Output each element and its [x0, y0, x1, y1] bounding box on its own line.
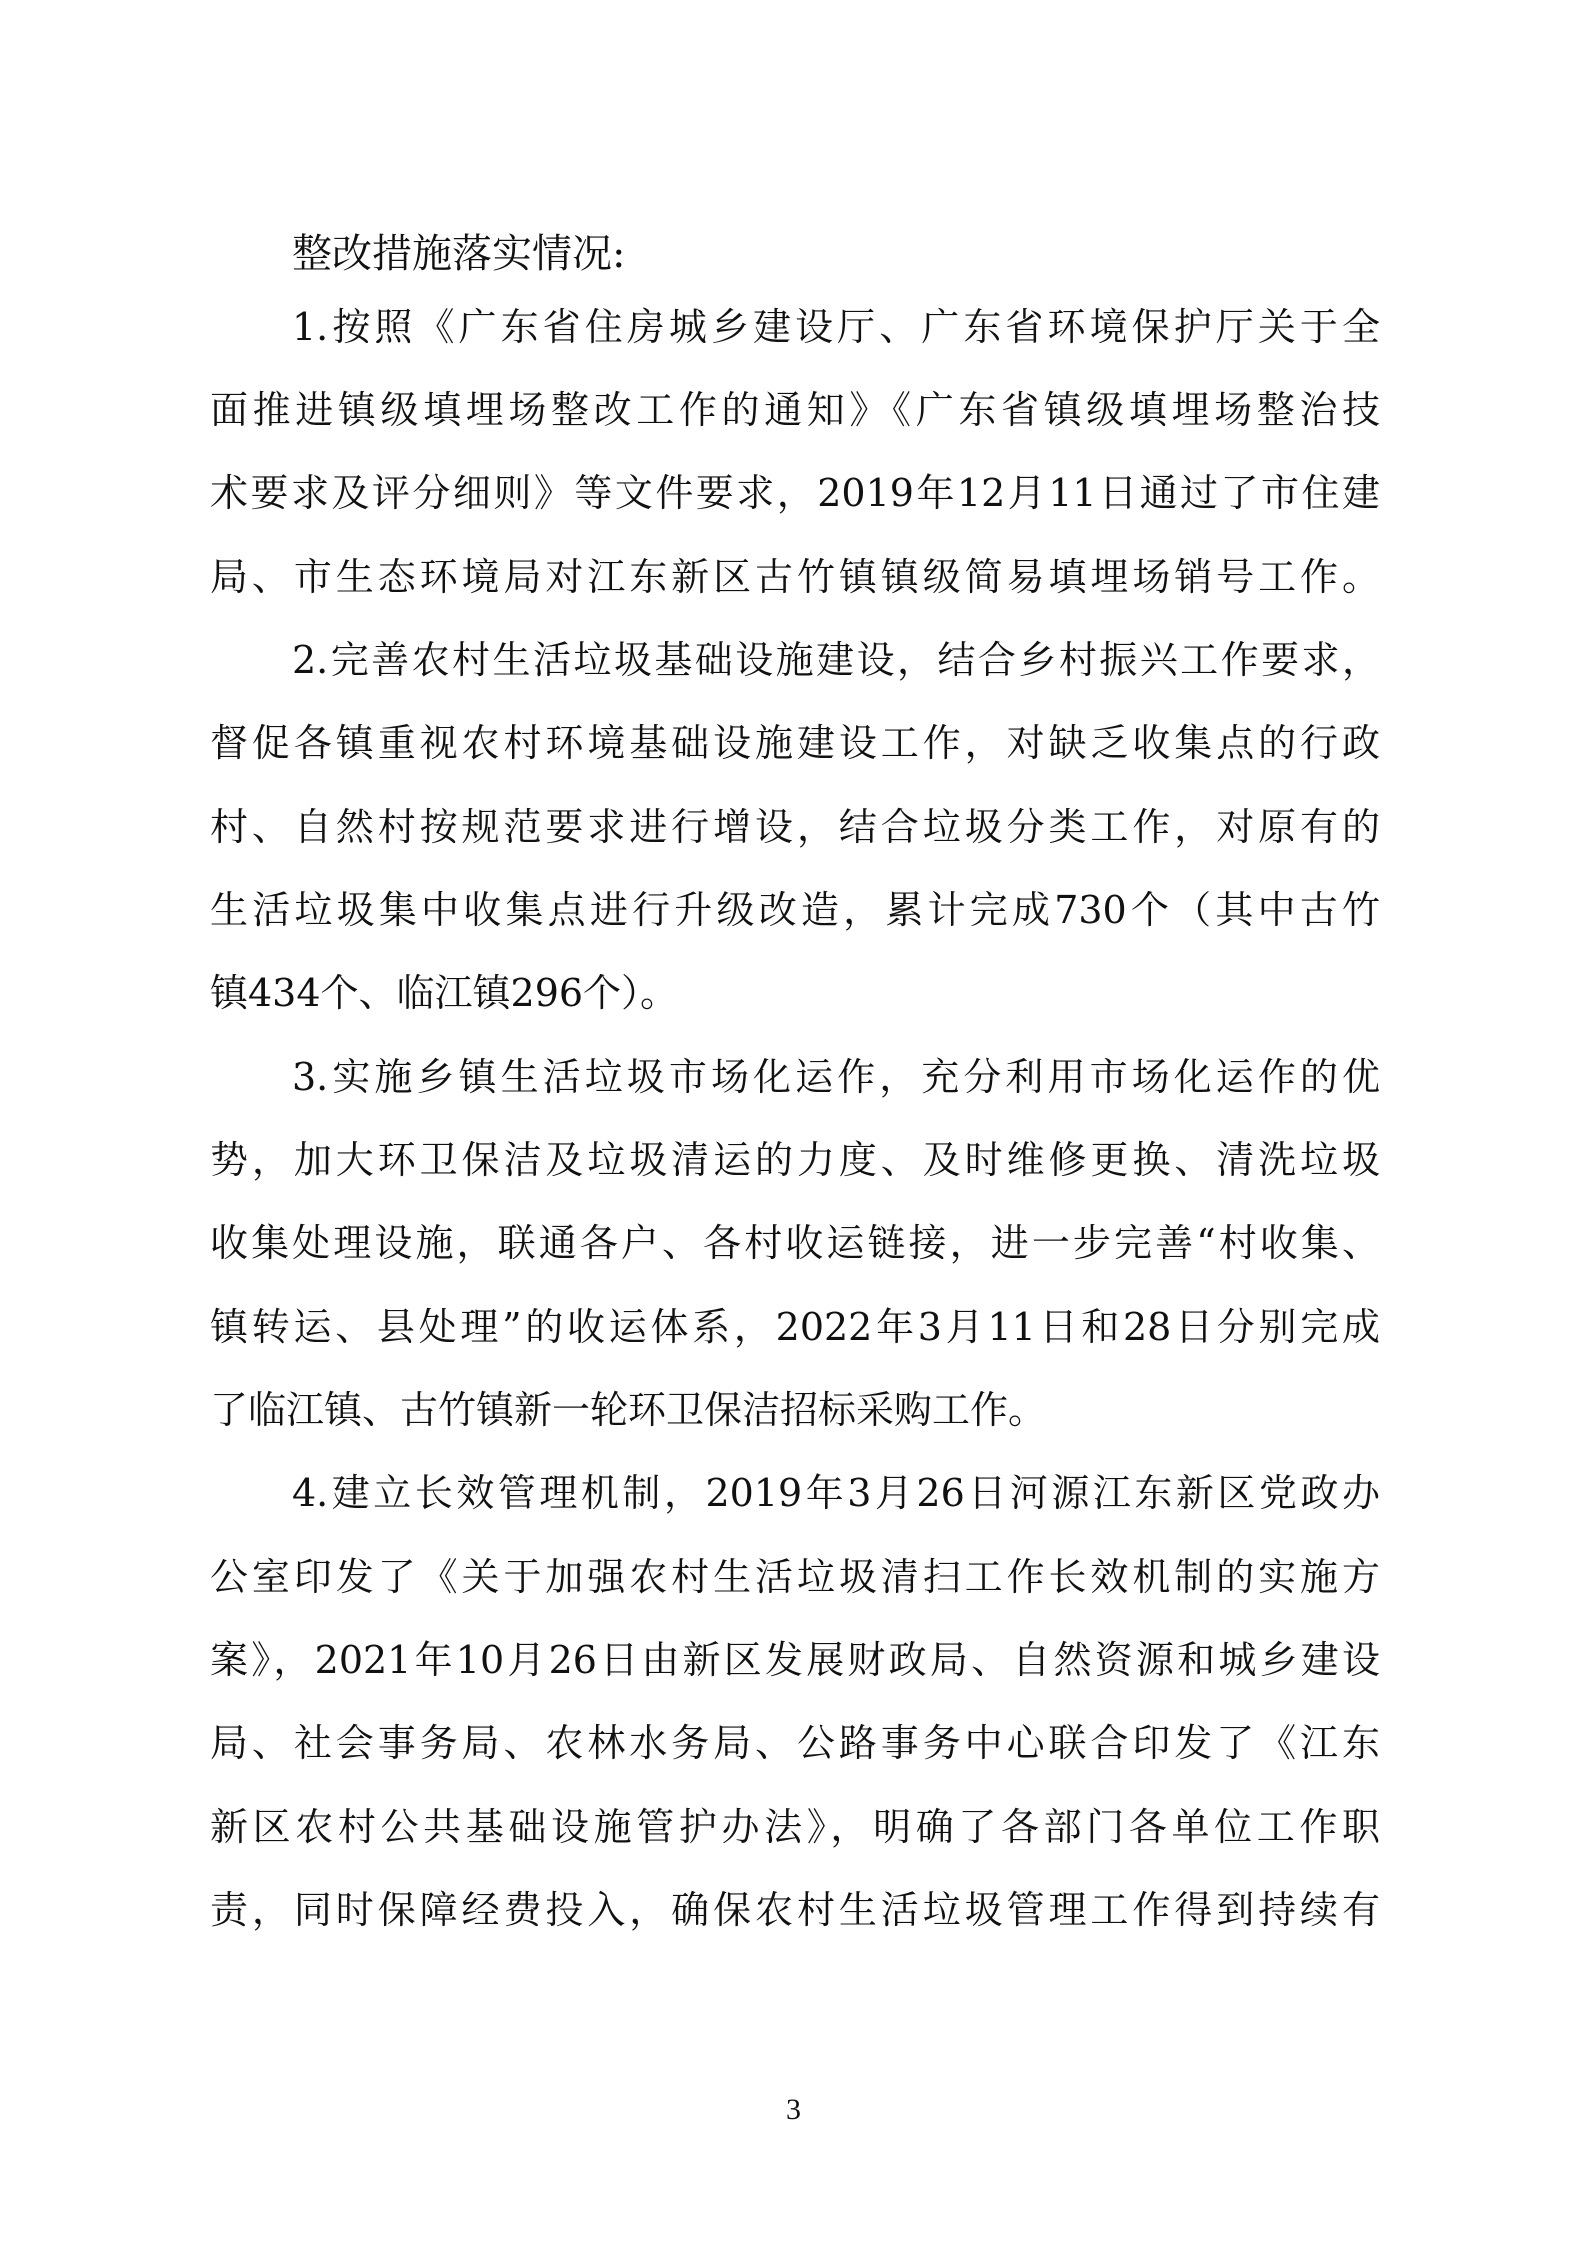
paragraph-line: 局、市生态环境局对江东新区古竹镇镇级简易填埋场销号工作。	[210, 551, 1380, 603]
paragraph-line: 势，加大环卫保洁及垃圾清运的力度、及时维修更换、清洗垃圾	[210, 1134, 1380, 1186]
paragraph-line: 新区农村公共基础设施管护办法》，明确了各部门各单位工作职	[210, 1801, 1380, 1853]
paragraph-line: 面推进镇级填埋场整改工作的通知》《广东省镇级填埋场整治技	[210, 384, 1380, 436]
paragraph-line: 镇转运、县处理”的收运体系，2022年3月11日和28日分别完成	[210, 1301, 1380, 1353]
paragraph-line: 镇434个、临江镇296个）。	[210, 967, 1380, 1019]
page-number: 3	[0, 2090, 1587, 2130]
section-heading: 整改措施落实情况:	[292, 228, 625, 280]
paragraph-line: 4.建立长效管理机制，2019年3月26日河源江东新区党政办	[292, 1467, 1380, 1519]
paragraph-line: 了临江镇、古竹镇新一轮环卫保洁招标采购工作。	[210, 1384, 1380, 1436]
paragraph-line: 2.完善农村生活垃圾基础设施建设，结合乡村振兴工作要求，	[292, 634, 1380, 686]
paragraph-line: 术要求及评分细则》等文件要求，2019年12月11日通过了市住建	[210, 467, 1380, 519]
paragraph-line: 3.实施乡镇生活垃圾市场化运作，充分利用市场化运作的优	[292, 1051, 1380, 1103]
paragraph-line: 收集处理设施，联通各户、各村收运链接，进一步完善“村收集、	[210, 1217, 1380, 1269]
paragraph-line: 督促各镇重视农村环境基础设施建设工作，对缺乏收集点的行政	[210, 717, 1380, 769]
paragraph-line: 案》，2021年10月26日由新区发展财政局、自然资源和城乡建设	[210, 1634, 1380, 1686]
document-page: 整改措施落实情况: 1.按照《广东省住房城乡建设厅、广东省环境保护厅关于全 面推…	[0, 0, 1587, 2245]
paragraph-line: 村、自然村按规范要求进行增设，结合垃圾分类工作，对原有的	[210, 801, 1380, 853]
paragraph-line: 局、社会事务局、农林水务局、公路事务中心联合印发了《江东	[210, 1717, 1380, 1769]
paragraph-line: 公室印发了《关于加强农村生活垃圾清扫工作长效机制的实施方	[210, 1551, 1380, 1603]
paragraph-line: 生活垃圾集中收集点进行升级改造，累计完成730个（其中古竹	[210, 884, 1380, 936]
paragraph-line: 1.按照《广东省住房城乡建设厅、广东省环境保护厅关于全	[292, 301, 1380, 353]
paragraph-line: 责，同时保障经费投入，确保农村生活垃圾管理工作得到持续有	[210, 1884, 1380, 1936]
